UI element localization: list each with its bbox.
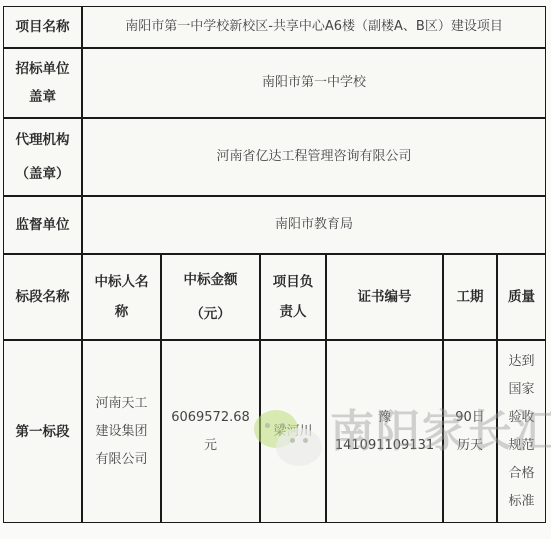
header-manager-line2: 责人 [263,297,323,327]
header-certificate-label: 证书编号 [329,282,440,312]
header-section: 标段名称 [3,254,82,340]
header-quality: 质量 [497,254,546,340]
row-tenderer: 招标单位 盖章 南阳市第一中学校 [3,48,546,118]
cell-section: 第一标段 [3,340,82,523]
winner-line1: 河南天工 [85,390,158,418]
cell-manager: 梁河川 [260,340,326,523]
quality-line4: 规范 [500,432,543,460]
row-project-name: 项目名称 南阳市第一中学校新校区-共享中心A6楼（副楼A、B区）建设项目 [3,6,546,48]
agency-label-line1: 代理机构 [6,123,79,157]
supervisor-label: 监督单位 [3,196,82,254]
tenderer-label: 招标单位 盖章 [3,48,82,118]
cell-duration: 90日 历天 [443,340,497,523]
header-section-label: 标段名称 [6,282,79,312]
row-agency: 代理机构 （盖章） 河南省亿达工程管理咨询有限公司 [3,118,546,196]
row-supervisor: 监督单位 南阳市教育局 [3,196,546,254]
cell-quality: 达到 国家 验收 规范 合格 标准 [497,340,546,523]
tenderer-label-line1: 招标单位 [6,55,79,83]
tenderer-label-line2: 盖章 [6,83,79,111]
bid-result-table: 项目名称 南阳市第一中学校新校区-共享中心A6楼（副楼A、B区）建设项目 招标单… [3,6,546,523]
header-quality-label: 质量 [500,282,543,312]
cert-number: 141091109131 [329,432,440,460]
agency-label-line2: （盖章） [6,157,79,191]
winner-line2: 建设集团 [85,418,158,446]
duration-line2: 历天 [446,432,494,460]
header-winner-line1: 中标人名 [85,267,158,297]
tenderer-value: 南阳市第一中学校 [82,48,546,118]
header-manager-line1: 项目负 [263,267,323,297]
supervisor-value: 南阳市教育局 [82,196,546,254]
amount-value: 6069572.68 [164,404,257,432]
header-amount: 中标金额 （元） [161,254,260,340]
header-winner-line2: 称 [85,297,158,327]
header-duration-label: 工期 [446,282,494,312]
agency-label: 代理机构 （盖章） [3,118,82,196]
table-row: 第一标段 河南天工 建设集团 有限公司 6069572.68 元 梁河川 豫 1… [3,340,546,523]
table-header-row: 标段名称 中标人名 称 中标金额 （元） 项目负 责人 证书编号 工期 质量 [3,254,546,340]
project-name-label: 项目名称 [3,6,82,48]
amount-unit: 元 [164,432,257,460]
winner-line3: 有限公司 [85,446,158,474]
cell-amount: 6069572.68 元 [161,340,260,523]
quality-line5: 合格 [500,460,543,488]
header-winner: 中标人名 称 [82,254,161,340]
cert-prefix: 豫 [329,404,440,432]
duration-line1: 90日 [446,404,494,432]
agency-value: 河南省亿达工程管理咨询有限公司 [82,118,546,196]
header-manager: 项目负 责人 [260,254,326,340]
quality-line1: 达到 [500,348,543,376]
project-name-value: 南阳市第一中学校新校区-共享中心A6楼（副楼A、B区）建设项目 [82,6,546,48]
header-certificate: 证书编号 [326,254,443,340]
header-duration: 工期 [443,254,497,340]
quality-line6: 标准 [500,488,543,516]
header-amount-line1: 中标金额 [164,263,257,297]
header-amount-line2: （元） [164,297,257,331]
quality-line2: 国家 [500,376,543,404]
cell-winner: 河南天工 建设集团 有限公司 [82,340,161,523]
cell-certificate: 豫 141091109131 [326,340,443,523]
quality-line3: 验收 [500,404,543,432]
